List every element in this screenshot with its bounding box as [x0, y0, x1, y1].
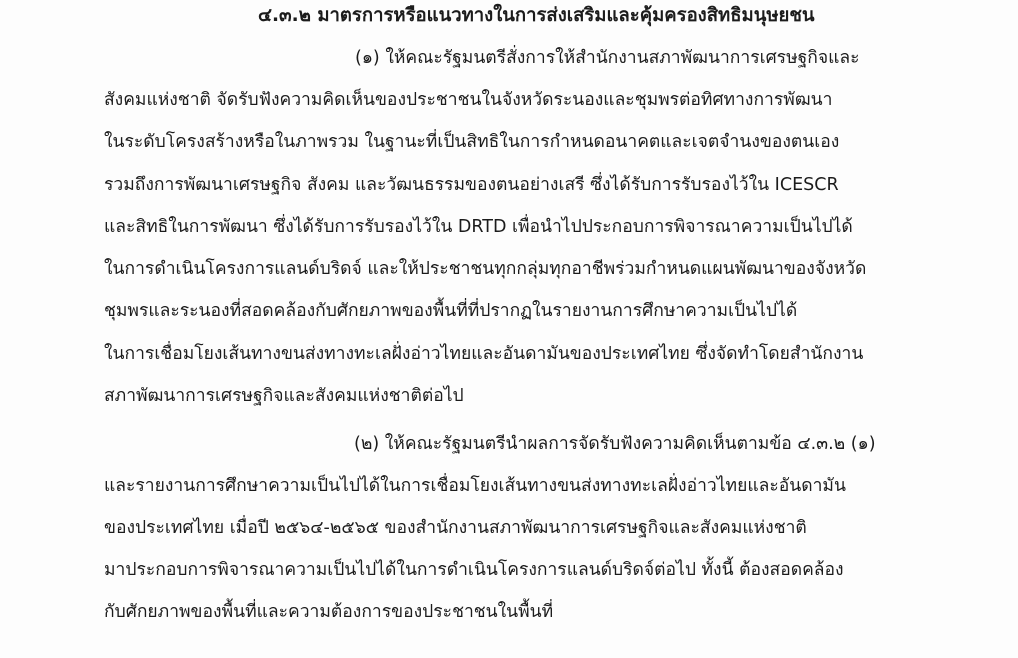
section-heading: ๔.๓.๒ มาตรการหรือแนวทางในการส่งเสริมและค… [258, 2, 815, 30]
paragraph-line: สังคมแห่งชาติ จัดรับฟังความคิดเห็นของประ… [104, 86, 832, 114]
paragraph-line: และรายงานการศึกษาความเป็นไปได้ในการเชื่อ… [104, 472, 846, 500]
paragraph-line: ของประเทศไทย เมื่อปี ๒๕๖๔-๒๕๖๕ ของสำนักง… [104, 514, 807, 542]
paragraph-line: รวมถึงการพัฒนาเศรษฐกิจ สังคม และวัฒนธรรม… [104, 171, 839, 199]
paragraph-line: สภาพัฒนาการเศรษฐกิจและสังคมแห่งชาติต่อไป [104, 382, 464, 410]
paragraph-line: ในระดับโครงสร้างหรือในภาพรวม ในฐานะที่เป… [104, 128, 839, 156]
paragraph-line: ชุมพรและระนองที่สอดคล้องกับศักยภาพของพื้… [104, 297, 797, 325]
paragraph-line: (๒) ให้คณะรัฐมนตรีนำผลการจัดรับฟังความคิ… [354, 430, 876, 458]
paragraph-line: กับศักยภาพของพื้นที่และความต้องการของประ… [104, 598, 553, 626]
paragraph-line: (๑) ให้คณะรัฐมนตรีสั่งการให้สำนักงานสภาพ… [355, 44, 860, 72]
paragraph-line: ในการดำเนินโครงการแลนด์บริดจ์ และให้ประช… [104, 255, 866, 283]
document-page: ๔.๓.๒ มาตรการหรือแนวทางในการส่งเสริมและค… [0, 0, 1018, 658]
paragraph-line: และสิทธิในการพัฒนา ซึ่งได้รับการรับรองไว… [104, 213, 853, 241]
paragraph-line: มาประกอบการพิจารณาความเป็นไปได้ในการดำเน… [104, 556, 844, 584]
paragraph-line: ในการเชื่อมโยงเส้นทางขนส่งทางทะเลฝั่งอ่า… [104, 340, 863, 368]
